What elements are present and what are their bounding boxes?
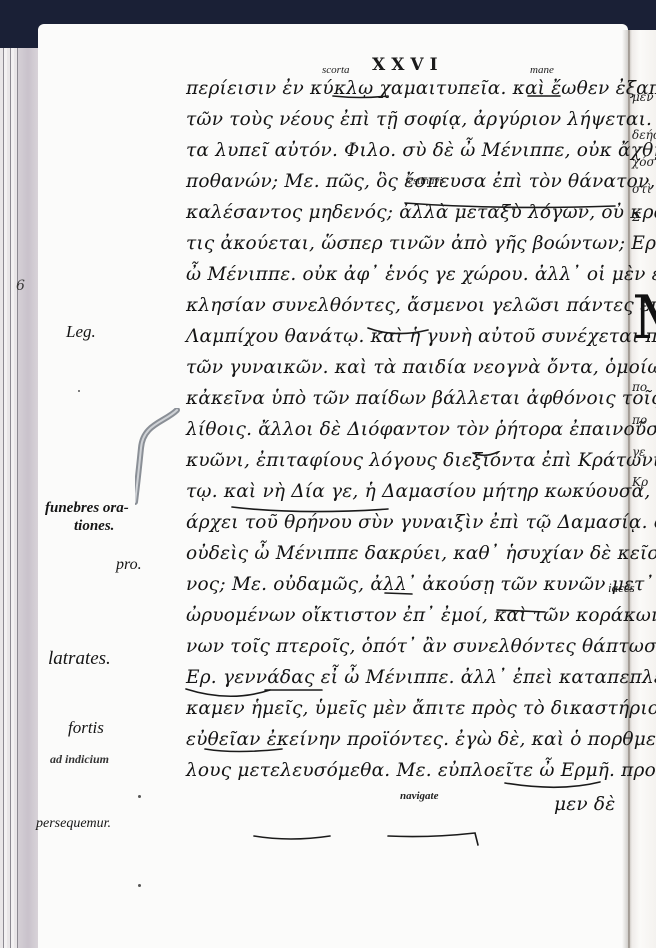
margin-note-leg: Leg. [66, 322, 96, 342]
margin-note-crossed: ad indicium [50, 752, 109, 767]
manuscript-underlines [0, 0, 656, 948]
ink-smear [135, 408, 195, 518]
margin-note-latrates: latrates. [48, 648, 111, 670]
margin-note-iaces: iaces [608, 580, 635, 596]
margin-note-pro: pro. [116, 556, 142, 574]
margin-note-tiones: tiones. [74, 518, 114, 535]
margin-note-persequemur: persequemur. [36, 816, 111, 832]
ink-speck [138, 884, 141, 887]
margin-note-fortis: fortis [68, 718, 104, 738]
ink-speck [78, 390, 80, 392]
ink-speck [138, 795, 141, 798]
margin-note-funebres: funebres ora- [45, 500, 129, 517]
